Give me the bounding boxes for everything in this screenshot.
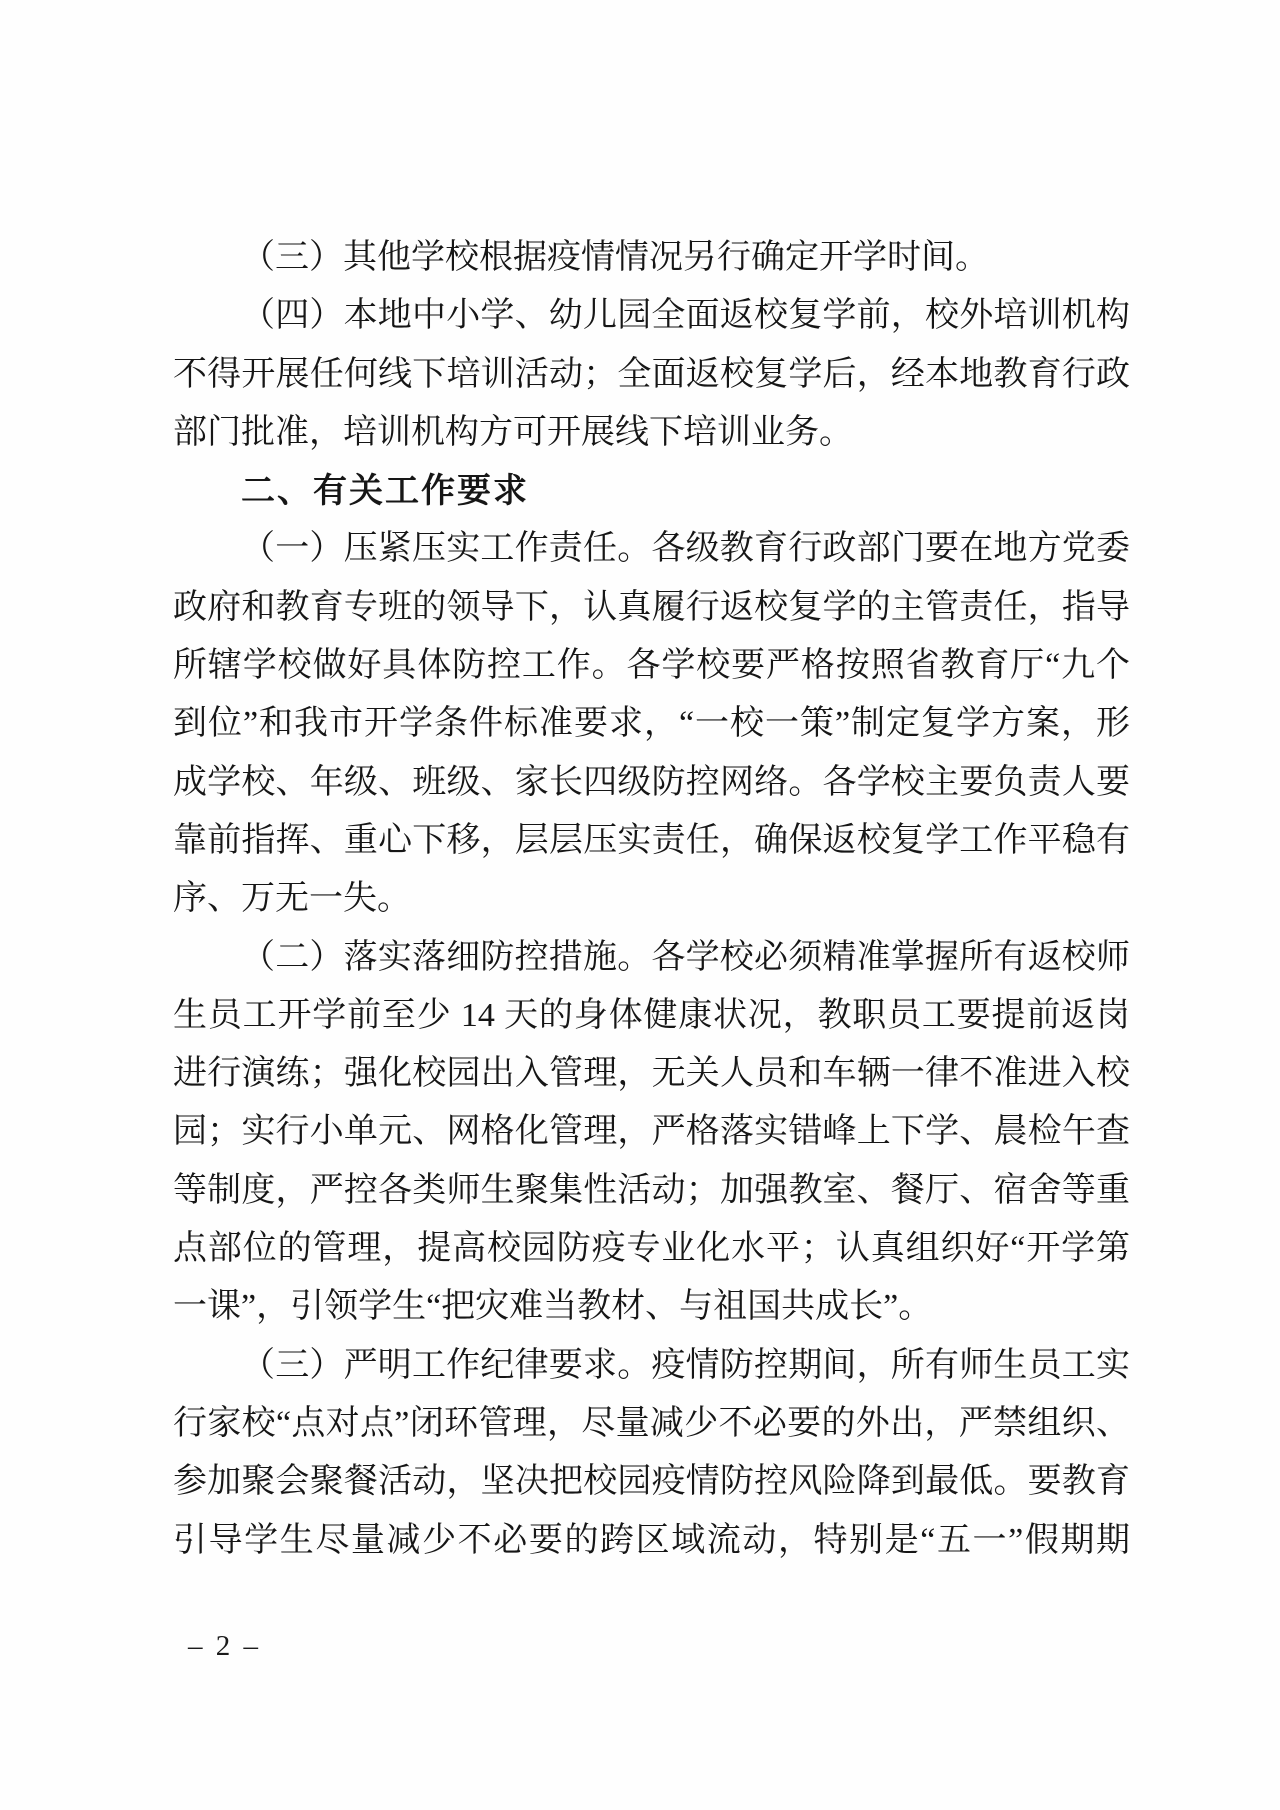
document-body: （三）其他学校根据疫情情况另行确定开学时间。（四）本地中小学、幼儿园全面返校复学… <box>173 229 1130 1570</box>
text-line: 参加聚会聚餐活动，坚决把校园疫情防控风险降到最低。要教育 <box>173 1453 1130 1511</box>
text-line: 成学校、年级、班级、家长四级防控网络。各学校主要负责人要 <box>173 754 1130 812</box>
text-line: 进行演练；强化校园出入管理，无关人员和车辆一律不准进入校 <box>173 1045 1130 1103</box>
text-line: （四）本地中小学、幼儿园全面返校复学前，校外培训机构 <box>173 287 1130 345</box>
page-footer: – 2 – <box>188 1630 261 1663</box>
text-line: （二）落实落细防控措施。各学校必须精准掌握所有返校师 <box>173 929 1130 987</box>
text-line: 部门批准，培训机构方可开展线下培训业务。 <box>173 404 1130 462</box>
section-heading: 二、有关工作要求 <box>173 462 1130 520</box>
page-number: – 2 – <box>188 1630 261 1662</box>
text-line: 园；实行小单元、网格化管理，严格落实错峰上下学、晨检午查 <box>173 1103 1130 1161</box>
text-line: 等制度，严控各类师生聚集性活动；加强教室、餐厅、宿舍等重 <box>173 1162 1130 1220</box>
text-line: 行家校“点对点”闭环管理，尽量减少不必要的外出，严禁组织、 <box>173 1395 1130 1453</box>
document-page: （三）其他学校根据疫情情况另行确定开学时间。（四）本地中小学、幼儿园全面返校复学… <box>0 0 1280 1810</box>
text-line: 不得开展任何线下培训活动；全面返校复学后，经本地教育行政 <box>173 346 1130 404</box>
text-line: 一课”，引领学生“把灾难当教材、与祖国共成长”。 <box>173 1278 1130 1336</box>
text-line: 靠前指挥、重心下移，层层压实责任，确保返校复学工作平稳有 <box>173 812 1130 870</box>
text-line: 政府和教育专班的领导下，认真履行返校复学的主管责任，指导 <box>173 579 1130 637</box>
text-line: 到位”和我市开学条件标准要求，“一校一策”制定复学方案，形 <box>173 695 1130 753</box>
text-line: （三）其他学校根据疫情情况另行确定开学时间。 <box>173 229 1130 287</box>
text-line: 所辖学校做好具体防控工作。各学校要严格按照省教育厅“九个 <box>173 637 1130 695</box>
text-line: 引导学生尽量减少不必要的跨区域流动，特别是“五一”假期期 <box>173 1512 1130 1570</box>
text-line: （三）严明工作纪律要求。疫情防控期间，所有师生员工实 <box>173 1337 1130 1395</box>
text-line: 序、万无一失。 <box>173 870 1130 928</box>
text-line: 生员工开学前至少 14 天的身体健康状况，教职员工要提前返岗 <box>173 987 1130 1045</box>
text-line: （一）压紧压实工作责任。各级教育行政部门要在地方党委 <box>173 520 1130 578</box>
text-line: 点部位的管理，提高校园防疫专业化水平；认真组织好“开学第 <box>173 1220 1130 1278</box>
